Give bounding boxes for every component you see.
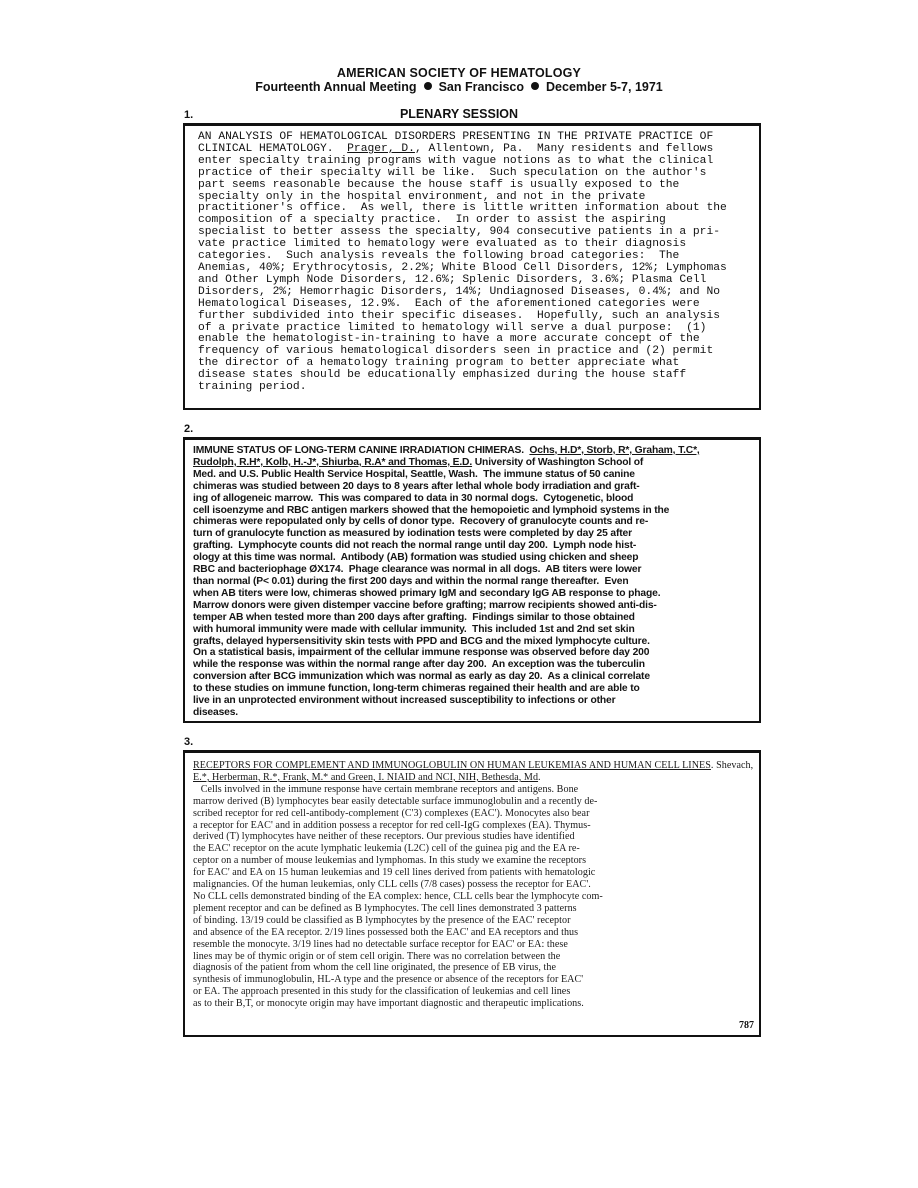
abstract-number-3: 3. xyxy=(184,736,193,748)
text-line: On a statistical basis, impairment of th… xyxy=(193,647,759,659)
text-line: a receptor for EAC' and in addition poss… xyxy=(193,820,759,832)
text-line: RBC and bacteriophage ØX174. Phage clear… xyxy=(193,564,759,576)
authors-underlined: Ochs, H.D*, Storb, R*, Graham, T.C*, xyxy=(529,445,699,456)
text-line: training period. xyxy=(198,382,758,394)
text-line: diseases. xyxy=(193,707,759,719)
text-line: or EA. The approach presented in this st… xyxy=(193,986,759,998)
abstract-text-2: IMMUNE STATUS OF LONG-TERM CANINE IRRADI… xyxy=(193,445,759,719)
text-line: chimeras were repopulated only by cells … xyxy=(193,516,759,528)
abstract-box-2: IMMUNE STATUS OF LONG-TERM CANINE IRRADI… xyxy=(183,437,761,723)
text-line: temper AB when tested more than 200 days… xyxy=(193,612,759,624)
text-line: RECEPTORS FOR COMPLEMENT AND IMMUNOGLOBU… xyxy=(193,760,759,772)
text-line: marrow derived (B) lymphocytes bear easi… xyxy=(193,796,759,808)
text-line: IMMUNE STATUS OF LONG-TERM CANINE IRRADI… xyxy=(193,445,759,457)
text-line: E.*, Herberman, R.*, Frank, M.* and Gree… xyxy=(193,772,759,784)
text-line: with humoral immunity were made with cel… xyxy=(193,624,759,636)
text-line: the EAC' receptor on the acute lymphatic… xyxy=(193,843,759,855)
bullet-icon xyxy=(531,82,539,90)
text-line: of binding. 13/19 could be classified as… xyxy=(193,915,759,927)
text-line: while the response was within the normal… xyxy=(193,659,759,671)
organization-title: AMERICAN SOCIETY OF HEMATOLOGY xyxy=(0,66,918,80)
abstract-number-2: 2. xyxy=(184,423,193,435)
text-line: and absence of the EA receptor. 2/19 lin… xyxy=(193,927,759,939)
meeting-name: Fourteenth Annual Meeting xyxy=(255,80,416,94)
text-line: ceptor on a number of mouse leukemias an… xyxy=(193,855,759,867)
text-line: scribed receptor for red cell-antibody-c… xyxy=(193,808,759,820)
text-line: Marrow donors were given distemper vacci… xyxy=(193,600,759,612)
text-line: No CLL cells demonstrated binding of the… xyxy=(193,891,759,903)
text-line: malignancies. Of the human leukemias, on… xyxy=(193,879,759,891)
text-line: than normal (P< 0.01) during the first 2… xyxy=(193,576,759,588)
text-line: Rudolph, R.H*, Kolb, H.-J*, Shiurba, R.A… xyxy=(193,457,759,469)
text-line: plement receptor and can be defined as B… xyxy=(193,903,759,915)
meeting-dates: December 5-7, 1971 xyxy=(546,80,663,94)
authors-underlined: RECEPTORS FOR COMPLEMENT AND IMMUNOGLOBU… xyxy=(193,760,711,771)
abstract-text-1: AN ANALYSIS OF HEMATOLOGICAL DISORDERS P… xyxy=(198,132,758,394)
text-line: live in an unprotected environment witho… xyxy=(193,695,759,707)
abstract-number-1: 1. xyxy=(184,109,193,121)
text-line: chimeras was studied between 20 days to … xyxy=(193,481,759,493)
text-line: when AB titers were low, chimeras showed… xyxy=(193,588,759,600)
session-title: PLENARY SESSION xyxy=(0,107,918,121)
text-line: Med. and U.S. Public Health Service Hosp… xyxy=(193,469,759,481)
authors-underlined: Prager, D. xyxy=(347,143,415,155)
text-line: lines may be of thymic origin or of stem… xyxy=(193,951,759,963)
text-line: as to their B,T, or monocyte origin may … xyxy=(193,998,759,1010)
text-line: ing of allogeneic marrow. This was compa… xyxy=(193,493,759,505)
authors-underlined: E.*, Herberman, R.*, Frank, M.* and Gree… xyxy=(193,772,538,783)
text-line: resemble the monocyte. 3/19 lines had no… xyxy=(193,939,759,951)
text-line: Cells involved in the immune response ha… xyxy=(193,784,759,796)
meeting-subtitle: Fourteenth Annual MeetingSan FranciscoDe… xyxy=(0,80,918,94)
text-line: derived (T) lymphocytes have neither of … xyxy=(193,831,759,843)
text-line: synthesis of immunoglobulin, HL-A type a… xyxy=(193,974,759,986)
abstract-box-3: RECEPTORS FOR COMPLEMENT AND IMMUNOGLOBU… xyxy=(183,750,761,1037)
text-line: cell isoenzyme and RBC antigen markers s… xyxy=(193,505,759,517)
text-line: for EAC' and EA on 15 human leukemias an… xyxy=(193,867,759,879)
text-line: diagnosis of the patient from whom the c… xyxy=(193,962,759,974)
text-line: conversion after BCG immunization which … xyxy=(193,671,759,683)
text-line: turn of granulocyte function as measured… xyxy=(193,528,759,540)
authors-underlined: Rudolph, R.H*, Kolb, H.-J*, Shiurba, R.A… xyxy=(193,457,472,468)
bullet-icon xyxy=(424,82,432,90)
abstract-box-1: AN ANALYSIS OF HEMATOLOGICAL DISORDERS P… xyxy=(183,123,761,410)
text-line: ology at this time was normal. Antibody … xyxy=(193,552,759,564)
text-line: grafting. Lymphocyte counts did not reac… xyxy=(193,540,759,552)
text-line: to these studies on immune function, lon… xyxy=(193,683,759,695)
meeting-location: San Francisco xyxy=(439,80,524,94)
abstract-text-3: RECEPTORS FOR COMPLEMENT AND IMMUNOGLOBU… xyxy=(193,760,759,1010)
text-line: grafts, delayed hypersensitivity skin te… xyxy=(193,636,759,648)
page-number: 787 xyxy=(739,1020,754,1031)
